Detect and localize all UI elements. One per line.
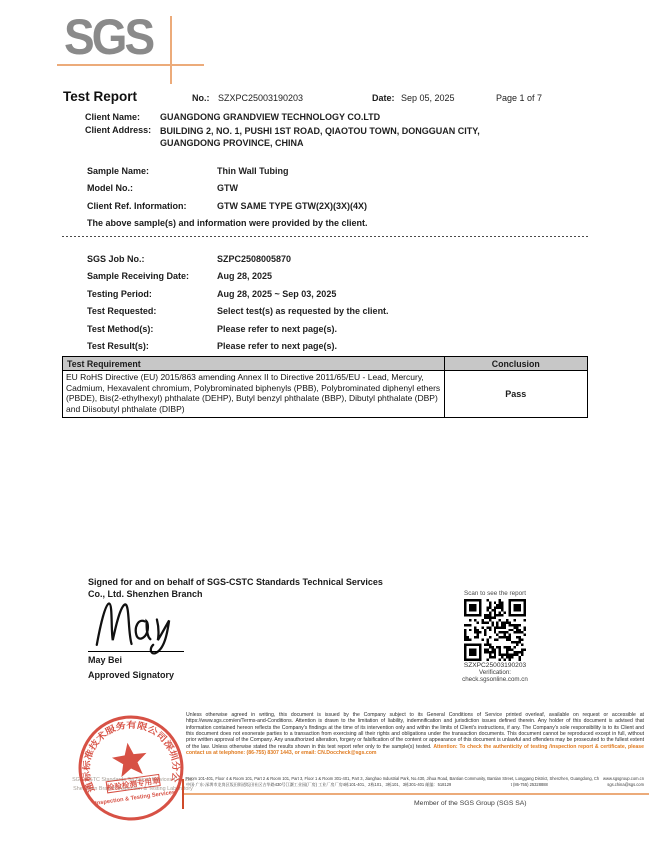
report-title: Test Report	[63, 89, 137, 104]
test-report-page: SGS Test Report No.: SZXPC25003190203 Da…	[0, 0, 651, 842]
logo-crosshair-horizontal	[57, 64, 204, 66]
signer-title: Approved Signatory	[88, 670, 174, 680]
job-row: Testing Period: Aug 28, 2025 ~ Sep 03, 2…	[87, 289, 567, 306]
sgs-logo: SGS	[64, 12, 152, 62]
conclusion-cell: Pass	[444, 371, 588, 418]
signature-line	[88, 651, 184, 652]
sample-row: Client Ref. Information: GTW SAME TYPE G…	[87, 201, 567, 218]
requirement-cell: EU RoHS Directive (EU) 2015/863 amending…	[63, 371, 445, 418]
sample-row: Sample Name: Thin Wall Tubing	[87, 166, 567, 183]
report-date-label: Date:	[372, 93, 395, 103]
star-icon	[110, 740, 149, 778]
qr-code-icon	[464, 599, 526, 661]
header-conclusion: Conclusion	[444, 357, 588, 371]
client-address-label: Client Address:	[85, 125, 160, 149]
footer-email: sgs.china@sgs.com	[607, 782, 644, 788]
job-info: SGS Job No.: SZPC2508005870 Sample Recei…	[87, 254, 567, 358]
client-name-value: GUANGDONG GRANDVIEW TECHNOLOGY CO.LTD	[160, 112, 380, 122]
qr-section: Scan to see the report SZXPC25003190203 …	[447, 590, 543, 683]
results-table: Test Requirement Conclusion EU RoHS Dire…	[62, 356, 588, 418]
sample-note: The above sample(s) and information were…	[87, 218, 567, 228]
footer-address-cn: 中国·广东·深圳市龙岗区坂田街道坂田社区吉华路430号江灏工业园(厂房) 工业厂…	[186, 782, 451, 788]
page-indicator: Page 1 of 7	[496, 93, 542, 103]
sample-row: Model No.: GTW	[87, 183, 567, 200]
footer-address-block: Room 101-401, Floor 4 & Room 101, Part 2…	[186, 776, 644, 787]
signer-name: May Bei	[88, 655, 122, 665]
dashed-separator	[62, 236, 589, 237]
qr-verification-label: Verification:	[447, 669, 543, 676]
client-info: Client Name: GUANGDONG GRANDVIEW TECHNOL…	[85, 112, 585, 149]
report-no-label: No.:	[192, 93, 210, 103]
results-table-row: EU RoHS Directive (EU) 2015/863 amending…	[63, 371, 588, 418]
results-table-header-row: Test Requirement Conclusion	[63, 357, 588, 371]
job-row: Test Requested: Select test(s) as reques…	[87, 306, 567, 323]
footer-phone: t (86-755) 25328888	[511, 782, 548, 788]
header-test-requirement: Test Requirement	[63, 357, 445, 371]
footer-rule-horizontal	[183, 793, 649, 795]
client-name-label: Client Name:	[85, 112, 160, 122]
member-line: Member of the SGS Group (SGS SA)	[414, 800, 527, 807]
qr-caption: Scan to see the report	[447, 590, 543, 597]
signature-handwriting	[92, 596, 188, 658]
client-name-row: Client Name: GUANGDONG GRANDVIEW TECHNOL…	[85, 112, 585, 122]
job-row: SGS Job No.: SZPC2508005870	[87, 254, 567, 271]
company-stamp: 通标标准技术服务有限公司深圳分公司 检验检测专用章 Inspection & T…	[70, 707, 192, 829]
report-date-value: Sep 05, 2025	[401, 93, 455, 103]
sample-info: Sample Name: Thin Wall Tubing Model No.:…	[87, 166, 567, 228]
client-address-row: Client Address: BUILDING 2, NO. 1, PUSHI…	[85, 125, 585, 149]
footer-crosshair-vertical	[182, 779, 184, 809]
footer-disclaimer: Unless otherwise agreed in writing, this…	[186, 712, 644, 756]
qr-report-no: SZXPC25003190203	[447, 662, 543, 669]
job-row: Sample Receiving Date: Aug 28, 2025	[87, 271, 567, 288]
qr-verification-url: check.sgsonline.com.cn	[447, 676, 543, 683]
report-no-value: SZXPC25003190203	[218, 93, 303, 103]
logo-crosshair-vertical	[170, 16, 172, 84]
job-row: Test Method(s): Please refer to next pag…	[87, 324, 567, 341]
client-address-value: BUILDING 2, NO. 1, PUSHI 1ST ROAD, QIAOT…	[160, 125, 480, 149]
